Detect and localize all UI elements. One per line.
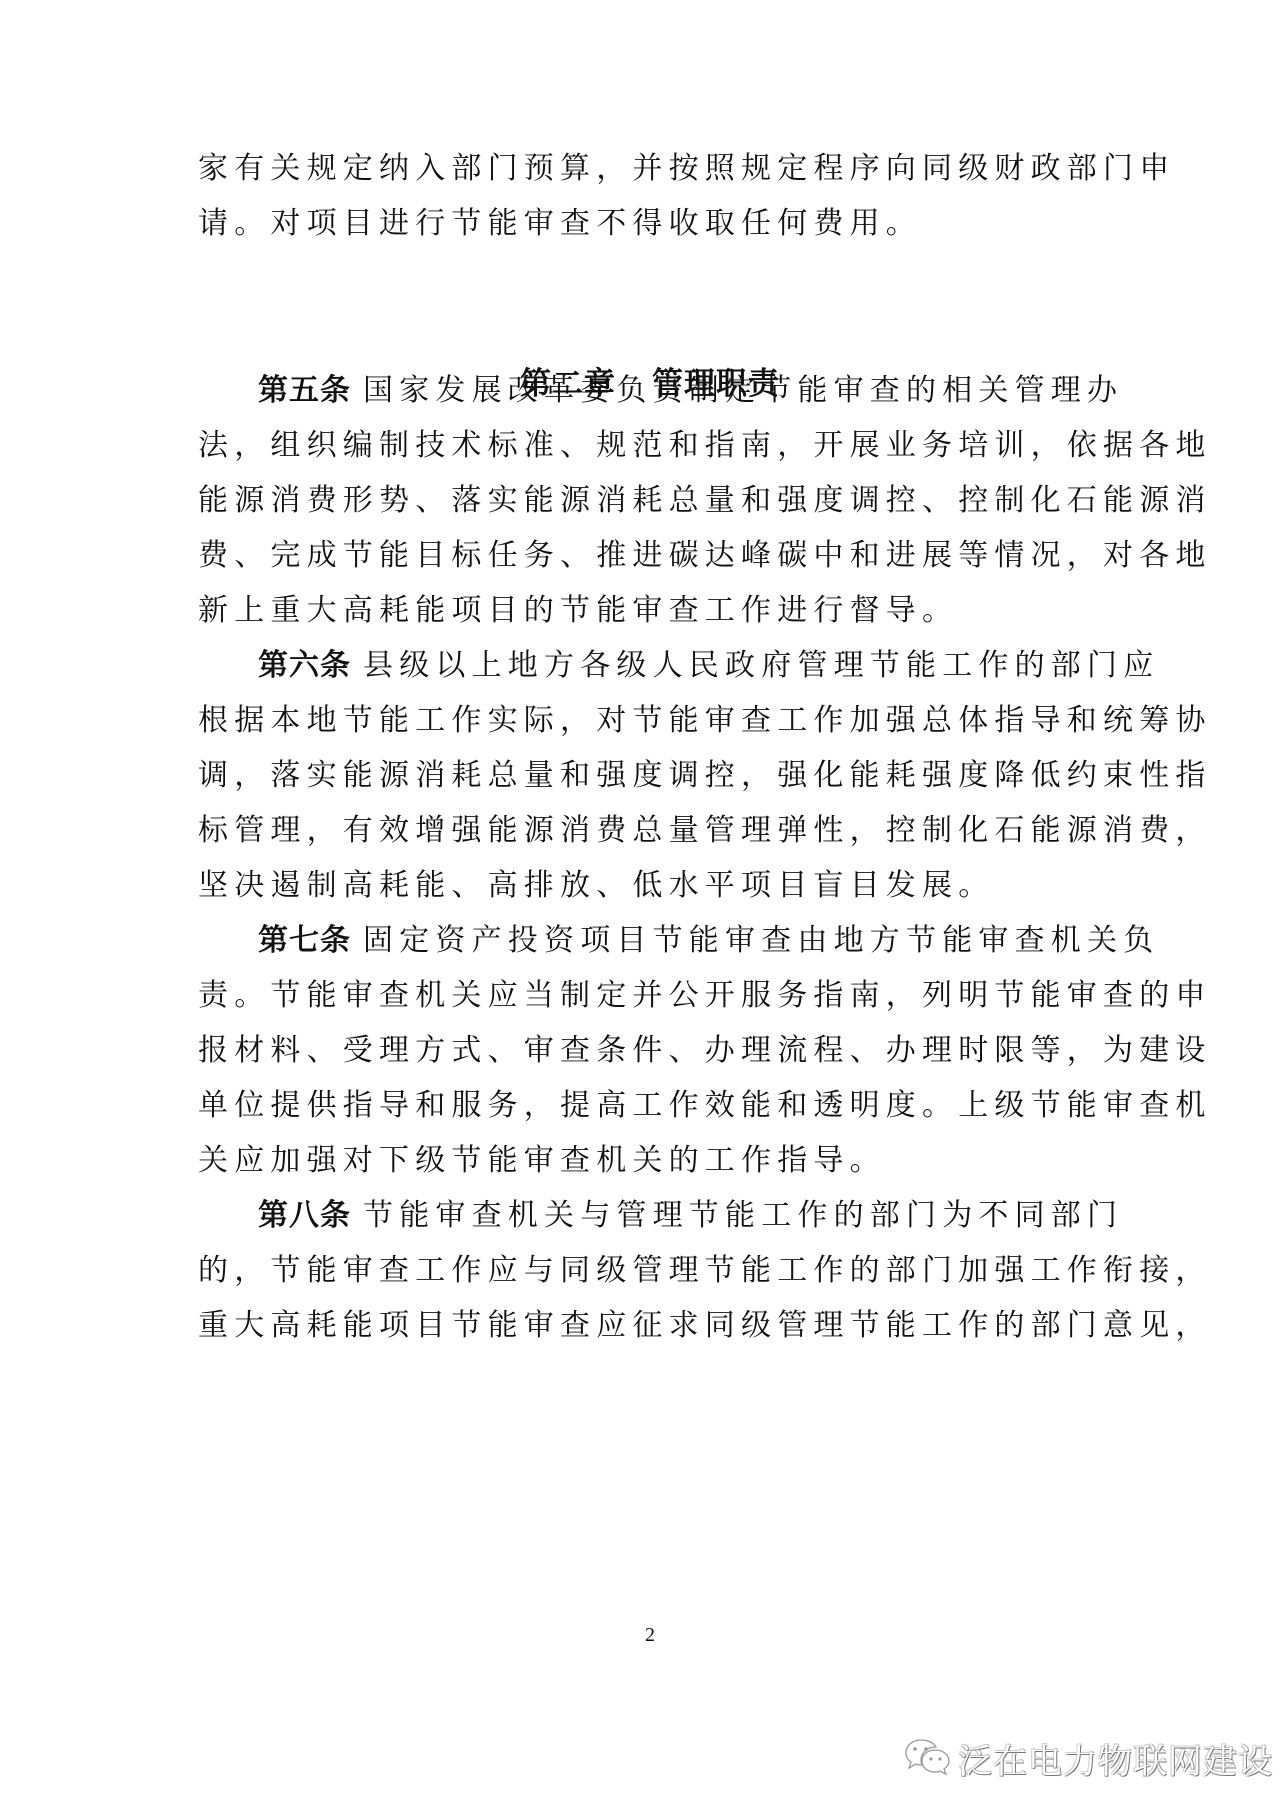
article-7-label: 第七条 — [258, 923, 351, 958]
article-8-line-2: 的，节能审查工作应与同级管理节能工作的部门加强工作衔接， — [198, 1251, 1098, 1291]
document-page: 家有关规定纳入部门预算，并按照规定程序向同级财政部门申 请。对项目进行节能审查不… — [0, 0, 1280, 1810]
watermark: 泛在电力物联网建设 — [904, 1728, 1273, 1788]
intro-line-1: 家有关规定纳入部门预算，并按照规定程序向同级财政部门申 — [198, 149, 1098, 189]
article-5-label: 第五条 — [258, 373, 351, 408]
article-8-line-3: 重大高耗能项目节能审查应征求同级管理节能工作的部门意见， — [198, 1306, 1098, 1346]
wechat-icon — [904, 1736, 950, 1780]
article-6-line-2: 根据本地节能工作实际，对节能审查工作加强总体指导和统筹协 — [198, 701, 1098, 741]
article-6-line-1: 第六条县级以上地方各级人民政府管理节能工作的部门应 — [258, 646, 1158, 686]
intro-line-2: 请。对项目进行节能审查不得收取任何费用。 — [198, 204, 1098, 244]
article-8-line-1: 第八条节能审查机关与管理节能工作的部门为不同部门 — [258, 1196, 1158, 1236]
article-7-line-4: 单位提供指导和服务，提高工作效能和透明度。上级节能审查机 — [198, 1086, 1098, 1126]
article-8-label: 第八条 — [258, 1198, 351, 1233]
article-5-line-3: 能源消费形势、落实能源消耗总量和强度调控、控制化石能源消 — [198, 481, 1098, 521]
page-number: 2 — [0, 1624, 1280, 1647]
article-6-label: 第六条 — [258, 648, 351, 683]
article-5-line-1: 第五条国家发展改革委负责制定节能审查的相关管理办 — [258, 371, 1158, 411]
article-7-line-5: 关应加强对下级节能审查机关的工作指导。 — [198, 1141, 1098, 1181]
article-5-line-2: 法，组织编制技术标准、规范和指南，开展业务培训，依据各地 — [198, 426, 1098, 466]
article-6-line-5: 坚决遏制高耗能、高排放、低水平项目盲目发展。 — [198, 866, 1098, 906]
article-6-line-4: 标管理，有效增强能源消费总量管理弹性，控制化石能源消费， — [198, 811, 1098, 851]
watermark-text: 泛在电力物联网建设 — [958, 1734, 1273, 1783]
article-7-line-2: 责。节能审查机关应当制定并公开服务指南，列明节能审查的申 — [198, 976, 1098, 1016]
article-7-line-3: 报材料、受理方式、审查条件、办理流程、办理时限等，为建设 — [198, 1031, 1098, 1071]
article-5-line-5: 新上重大高耗能项目的节能审查工作进行督导。 — [198, 591, 1098, 631]
article-6-line-3: 调，落实能源消耗总量和强度调控，强化能耗强度降低约束性指 — [198, 756, 1098, 796]
article-7-line-1: 第七条固定资产投资项目节能审查由地方节能审查机关负 — [258, 921, 1158, 961]
article-5-line-4: 费、完成节能目标任务、推进碳达峰碳中和进展等情况，对各地 — [198, 536, 1098, 576]
